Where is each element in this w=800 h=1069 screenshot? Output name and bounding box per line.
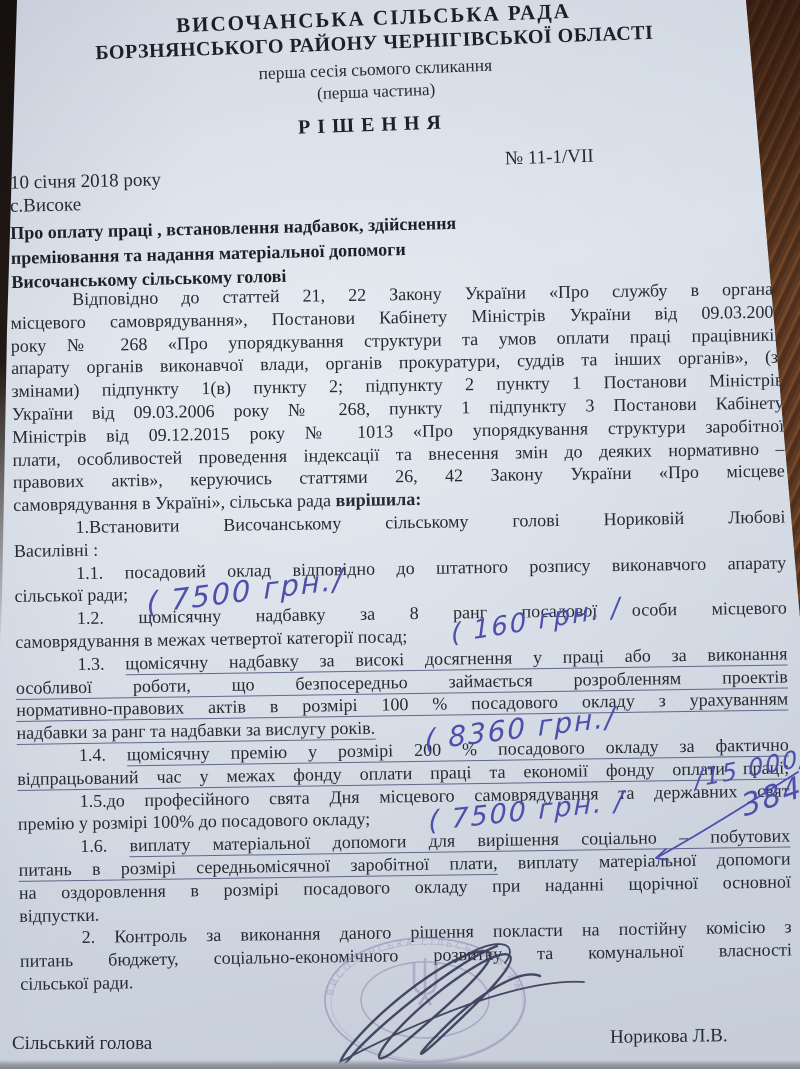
- body-line-segment: Василівні :: [14, 539, 99, 560]
- photo-bottom-edge: [0, 1060, 800, 1069]
- document-place: с.Високе: [10, 194, 82, 217]
- signer-name: Норикова Л.В.: [610, 1025, 728, 1049]
- body-line-segment: виплату матеріальної допомоги: [497, 848, 790, 872]
- body-line-segment: самоврядування в Україні», сільська рада: [13, 490, 336, 515]
- body-line-segment: вирішила:: [335, 489, 421, 510]
- photographed-document: { "doc": { "org_line1": "ВИСОЧАНСЬКА СІЛ…: [0, 0, 800, 1069]
- body-line-segment: відпустки.: [19, 904, 99, 925]
- document-date: 10 січня 2018 року: [10, 169, 161, 194]
- body-line-segment: 1.3.: [77, 653, 125, 674]
- body-line-segment: сільської ради.: [20, 972, 133, 994]
- signer-role: Сільський голова: [12, 1033, 152, 1055]
- document-number: № 11-1/VII: [505, 146, 594, 171]
- body-line-segment: 1.4.: [79, 744, 127, 765]
- body-line-segment: премію у розмірі 100% до посадового окла…: [18, 809, 371, 834]
- body-line-segment: 1.6.: [80, 835, 130, 856]
- body-line-segment: сільської ради;: [14, 585, 128, 607]
- document-body: Відповідно до статтей 21, 22 Закону Укра…: [10, 278, 792, 996]
